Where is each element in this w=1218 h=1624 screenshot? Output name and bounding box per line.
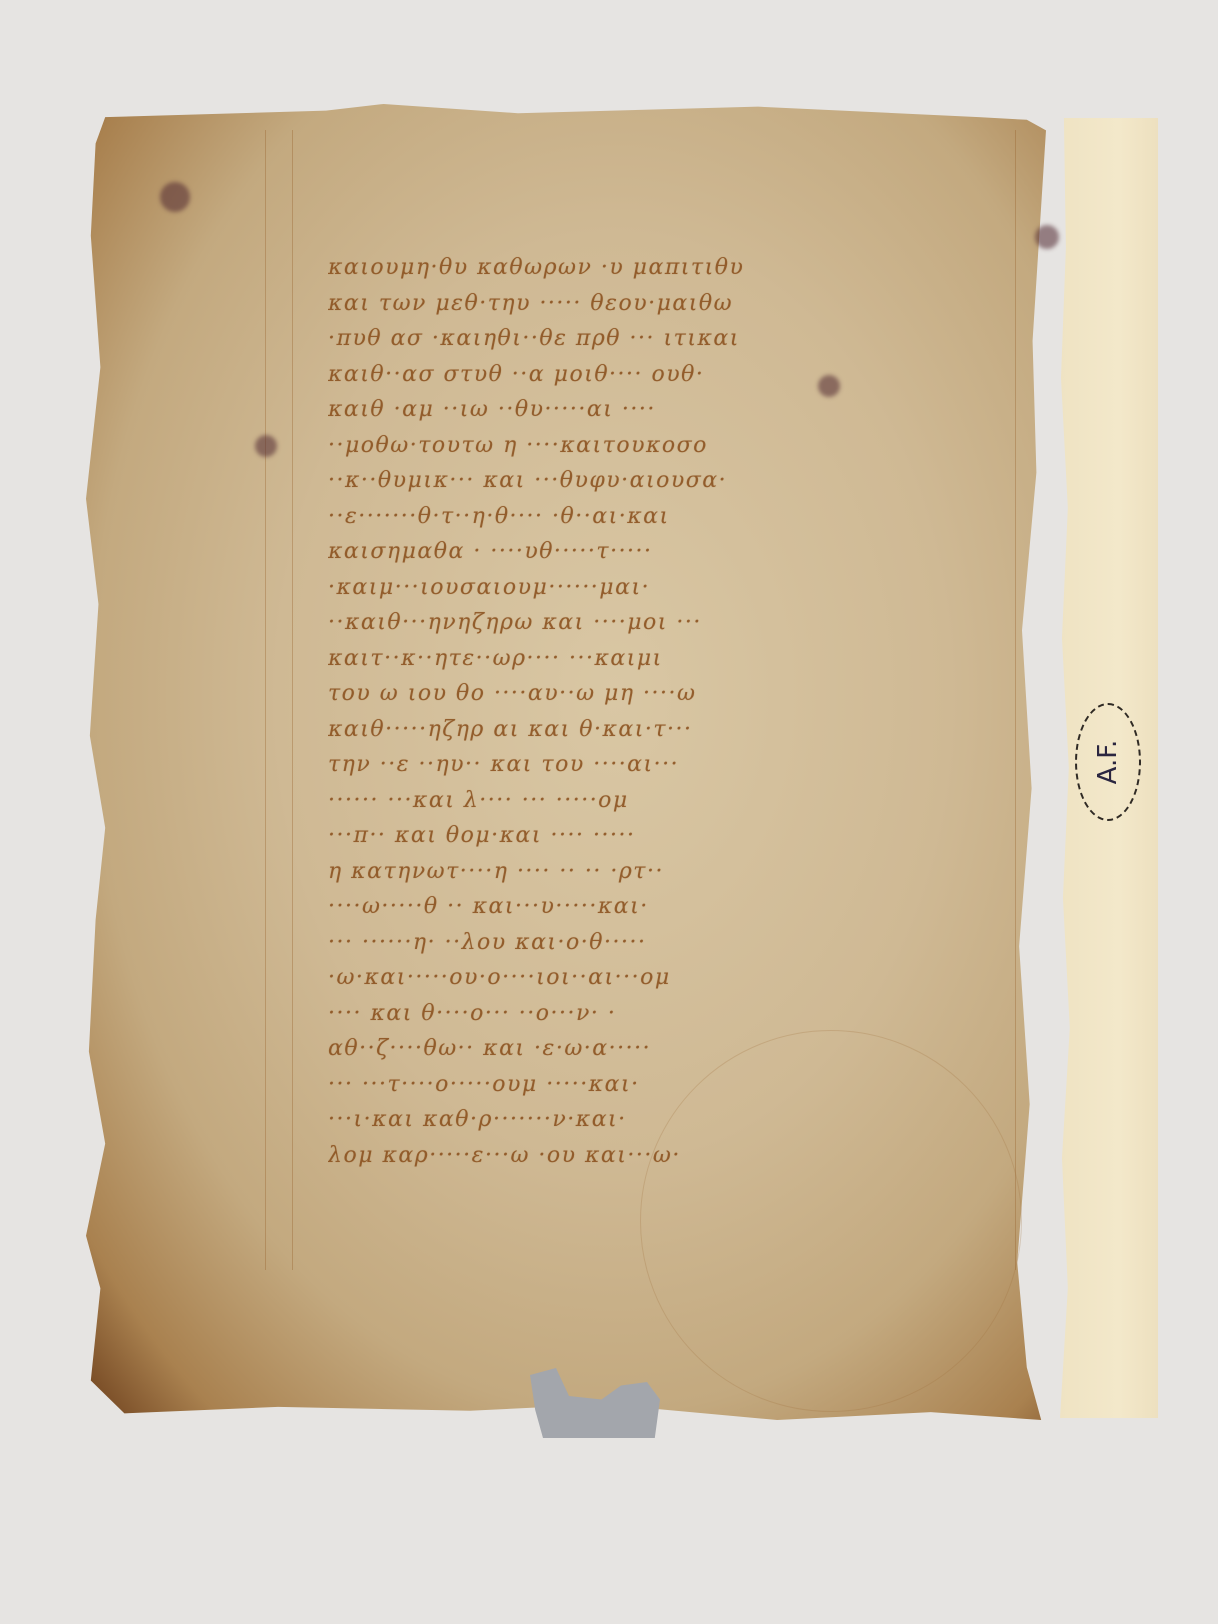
text-line: την ··ε ··ηυ·· και του ····αι··· — [328, 747, 1028, 783]
text-line: καιουμη·θυ καθωρων ·υ μαπιτιθυ — [328, 250, 1028, 286]
manuscript-text-block: καιουμη·θυ καθωρων ·υ μαπιτιθυ και των μ… — [328, 250, 1028, 1173]
text-line: ···· και θ····ο··· ··ο···ν· · — [328, 996, 1028, 1032]
ink-stain — [160, 182, 190, 212]
label-text: A.F. — [1093, 740, 1123, 785]
text-line: καισημαθα · ····υθ·····τ····· — [328, 534, 1028, 570]
text-line: αθ··ζ····θω·· και ·ε·ω·α····· — [328, 1031, 1028, 1067]
text-line: καιτ··κ··ητε··ωρ···· ···καιμι — [328, 641, 1028, 677]
text-line: ···π·· και θομ·και ···· ····· — [328, 818, 1028, 854]
text-line: καιθ··ασ στυθ ··α μοιθ···· ουθ· — [328, 357, 1028, 393]
text-line: ·καιμ···ιουσαιουμ······μαι· — [328, 570, 1028, 606]
text-line: ··· ······η· ··λου και·ο·θ····· — [328, 925, 1028, 961]
text-line: λομ καρ·····ε···ω ·ου και···ω· — [328, 1138, 1028, 1174]
text-line: καιθ ·αμ ··ιω ··θυ·····αι ···· — [328, 392, 1028, 428]
text-line: ···ι·και καθ·ρ·······ν·και· — [328, 1102, 1028, 1138]
text-line: ··κ··θυμικ··· και ···θυφυ·αιουσα· — [328, 463, 1028, 499]
text-line: ······ ···και λ···· ··· ·····ομ — [328, 783, 1028, 819]
text-line: καιθ·····ηζηρ αι και θ·και·τ··· — [328, 712, 1028, 748]
text-line: του ω ιου θο ····αυ··ω μη ····ω — [328, 676, 1028, 712]
margin-ruling-left-inner — [292, 130, 293, 1270]
text-line: ··καιθ···ηνηζηρω και ····μοι ··· — [328, 605, 1028, 641]
text-line: και των μεθ·τηυ ····· θεου·μαιθω — [328, 286, 1028, 322]
text-line: η κατηνωτ····η ···· ·· ·· ·ρτ·· — [328, 854, 1028, 890]
circled-pencil-label: A.F. — [1075, 703, 1141, 821]
text-line: ··ε·······θ·τ··η·θ···· ·θ··αι·και — [328, 499, 1028, 535]
text-line: ··· ···τ····ο·····ουμ ·····και· — [328, 1067, 1028, 1103]
margin-ruling-left — [265, 130, 266, 1270]
text-line: ··μοθω·τουτω η ····καιτουκοσο — [328, 428, 1028, 464]
ink-stain — [255, 435, 277, 457]
text-line: ····ω·····θ ·· και···υ·····και· — [328, 889, 1028, 925]
text-line: ·ω·και·····ου·ο····ιοι··αι···ομ — [328, 960, 1028, 996]
text-line: ·πυθ ασ ·καιηθι··θε πρθ ··· ιτικαι — [328, 321, 1028, 357]
ink-stain — [1035, 225, 1059, 249]
